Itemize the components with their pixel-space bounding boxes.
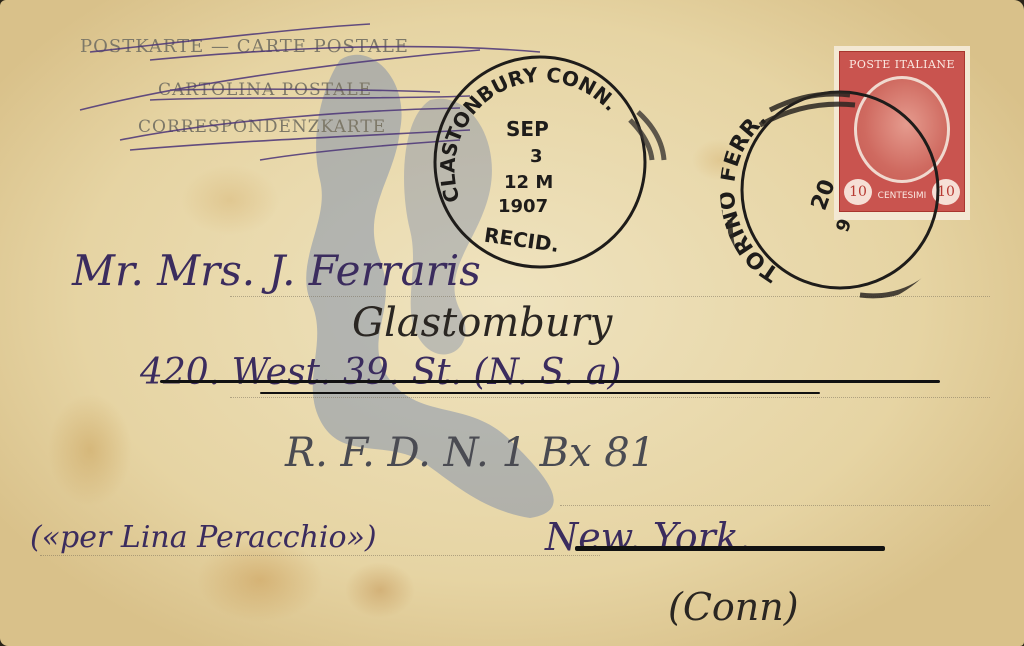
torino-postmark: TORINO FERR. 20 9: [720, 70, 960, 310]
crossed-street-line: 420. West. 39. St. (N. S. a): [140, 352, 621, 393]
crossed-city-line: New. York.: [545, 515, 751, 559]
strikethrough: [575, 546, 885, 551]
guide-line: [230, 397, 990, 398]
postmark-recid: RECID.: [483, 223, 561, 257]
postmark-day: 3: [530, 146, 543, 167]
care-of-note: («per Lina Peracchio»): [30, 520, 377, 555]
torino-extra: 9: [832, 216, 856, 235]
stamp-issuer: POSTE ITALIANE: [840, 58, 964, 71]
postcard: POSTKARTE — CARTE POSTALE CARTOLINA POST…: [0, 0, 1024, 646]
state-line: (Conn): [668, 585, 799, 629]
rfd-line: R. F. D. N. 1 Bx 81: [285, 430, 655, 476]
strikethrough: [160, 380, 940, 383]
postmark-time: 12 M: [504, 172, 553, 193]
town-line: Glastombury: [352, 300, 612, 346]
addressee-line: Mr. Mrs. J. Ferraris: [72, 246, 481, 295]
postmark-month: SEP: [506, 117, 549, 141]
torino-day: 20: [807, 176, 841, 213]
postmark-year: 1907: [498, 196, 548, 217]
guide-line: [40, 555, 600, 556]
strikethrough: [260, 392, 820, 394]
guide-line: [560, 505, 990, 506]
